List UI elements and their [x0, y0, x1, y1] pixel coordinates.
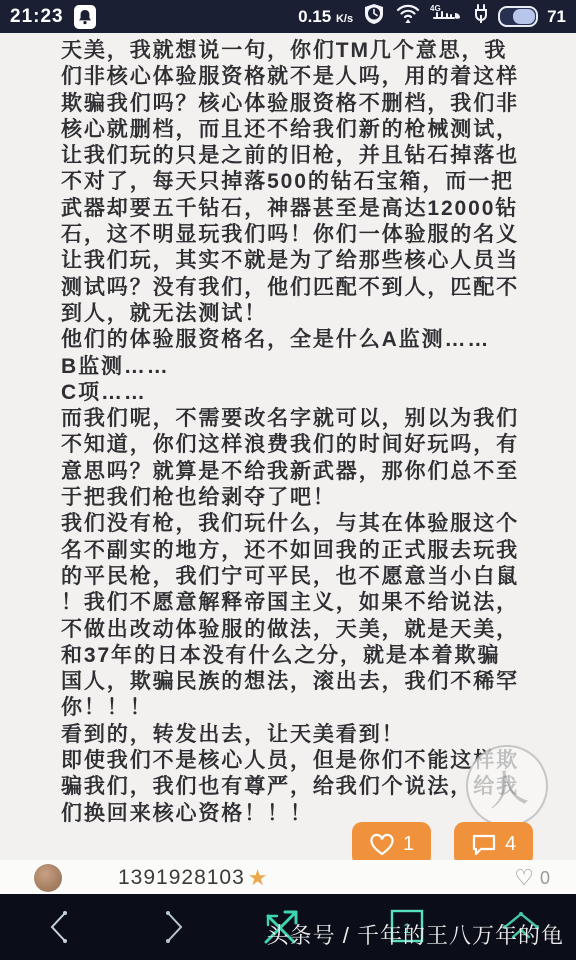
status-bar: 21:23 0.15 K/s 4G 71: [0, 0, 576, 33]
post-text-line: 他们的体验服资格名，全是什么A监测……: [61, 327, 519, 353]
comment-count: 4: [505, 833, 516, 856]
post-text-line: 让我们玩的只是之前的旧枪，并且钻石掉落也: [61, 143, 519, 169]
post-text-line: 不对了，每天只掉落500的钻石宝箱，而一把: [61, 169, 519, 195]
alarm-clock-icon: [362, 2, 386, 31]
post-text-line: 到人，就无法测试！: [61, 301, 519, 327]
post-text-line: 不做出改动体验服的做法，天美，就是天美，: [61, 617, 519, 643]
post-text-line: 石，这不明显玩我们吗！你们一体验服的名义: [61, 222, 519, 248]
post-text-line: 国人，欺骗民族的想法，滚出去，我们不稀罕: [61, 669, 519, 695]
navigation-bar: 1 头条号 / 千年的王八万年的龟: [0, 894, 576, 960]
post-text-line: 们非核心体验服资格就不是人吗，用的着这样: [61, 64, 519, 90]
toutiao-watermark: 头条号 / 千年的王八万年的龟: [267, 919, 564, 950]
wifi-icon: [395, 2, 421, 31]
post-text-line: 核心就删档，而且还不给我们新的枪械测试，: [61, 117, 519, 143]
author-like-count: 0: [540, 868, 550, 889]
clock-time: 21:23: [10, 6, 64, 28]
post-text-line: 即使我们不是核心人员，但是你们不能这样欺: [61, 748, 519, 774]
post-text-line: 天美，我就想说一句，你们TM几个意思，我: [61, 38, 519, 64]
post-text-line: 于把我们枪也给剥夺了吧！: [61, 485, 519, 511]
svg-text:4G: 4G: [430, 4, 441, 13]
network-speed: 0.15 K/s: [298, 7, 353, 27]
post-text-line: 你！！！: [61, 695, 519, 721]
post-content-area: 天美，我就想说一句，你们TM几个意思，我们非核心体验服资格就不是人吗，用的着这样…: [0, 33, 576, 960]
mobile-signal-4g-icon: 4G: [430, 2, 464, 31]
heart-icon: [369, 833, 395, 856]
post-text-line: 和37年的日本没有什么之分，就是本着欺骗: [61, 643, 519, 669]
post-text-line: 骗我们，我们也有尊严，给我们个说法，给我: [61, 774, 519, 800]
post-text-line: 测试吗？没有我们，他们匹配不到人，匹配不: [61, 275, 519, 301]
star-badge-icon: ★: [248, 865, 268, 891]
post-text-line: 名不副实的地方，还不如回我的正式服去玩我: [61, 538, 519, 564]
stamp-glyph: 人: [483, 755, 531, 817]
avatar[interactable]: [34, 864, 62, 892]
author-username[interactable]: 1391928103: [118, 866, 245, 890]
comment-bubble-icon: [471, 833, 497, 856]
screenshot-root: 21:23 0.15 K/s 4G 71: [0, 0, 576, 960]
post-text-line: 看到的，转发出去，让天美看到！: [61, 722, 519, 748]
author-like[interactable]: ♡ 0: [514, 865, 550, 891]
post-text-line: C项……: [61, 380, 519, 406]
charger-plug-icon: [473, 3, 489, 30]
circular-watermark-stamp: 人: [466, 745, 548, 827]
author-row: 1391928103 ★ ♡ 0: [0, 860, 576, 896]
post-text-line: 让我们玩，其实不就是为了给那些核心人员当: [61, 248, 519, 274]
post-text-line: 我们没有枪，我们玩什么，与其在体验服这个: [61, 511, 519, 537]
post-text-line: 欺骗我们吗？核心体验服资格不删档，我们非: [61, 91, 519, 117]
post-text-line: B监测……: [61, 354, 519, 380]
post-text-line: 意思吗？就算是不给我新武器，那你们总不至: [61, 459, 519, 485]
notification-bell-icon: [74, 5, 96, 29]
post-text-line: 的平民枪，我们宁可平民，也不愿意当小白鼠: [61, 564, 519, 590]
small-heart-icon: ♡: [514, 865, 534, 891]
post-text-line: ！我们不愿意解释帝国主义，如果不给说法，: [61, 590, 519, 616]
battery-icon: [498, 6, 538, 27]
post-text-line: 不知道，你们这样浪费我们的时间好玩吗，有: [61, 432, 519, 458]
battery-percent: 71: [547, 7, 566, 27]
back-button[interactable]: [38, 894, 78, 960]
forward-button[interactable]: [155, 894, 195, 960]
post-text-line: 武器却要五千钻石，神器甚至是高达12000钻: [61, 196, 519, 222]
like-count: 1: [403, 833, 414, 856]
post-text-line: 而我们呢，不需要改名字就可以，别以为我们: [61, 406, 519, 432]
post-text: 天美，我就想说一句，你们TM几个意思，我们非核心体验服资格就不是人吗，用的着这样…: [61, 38, 519, 827]
